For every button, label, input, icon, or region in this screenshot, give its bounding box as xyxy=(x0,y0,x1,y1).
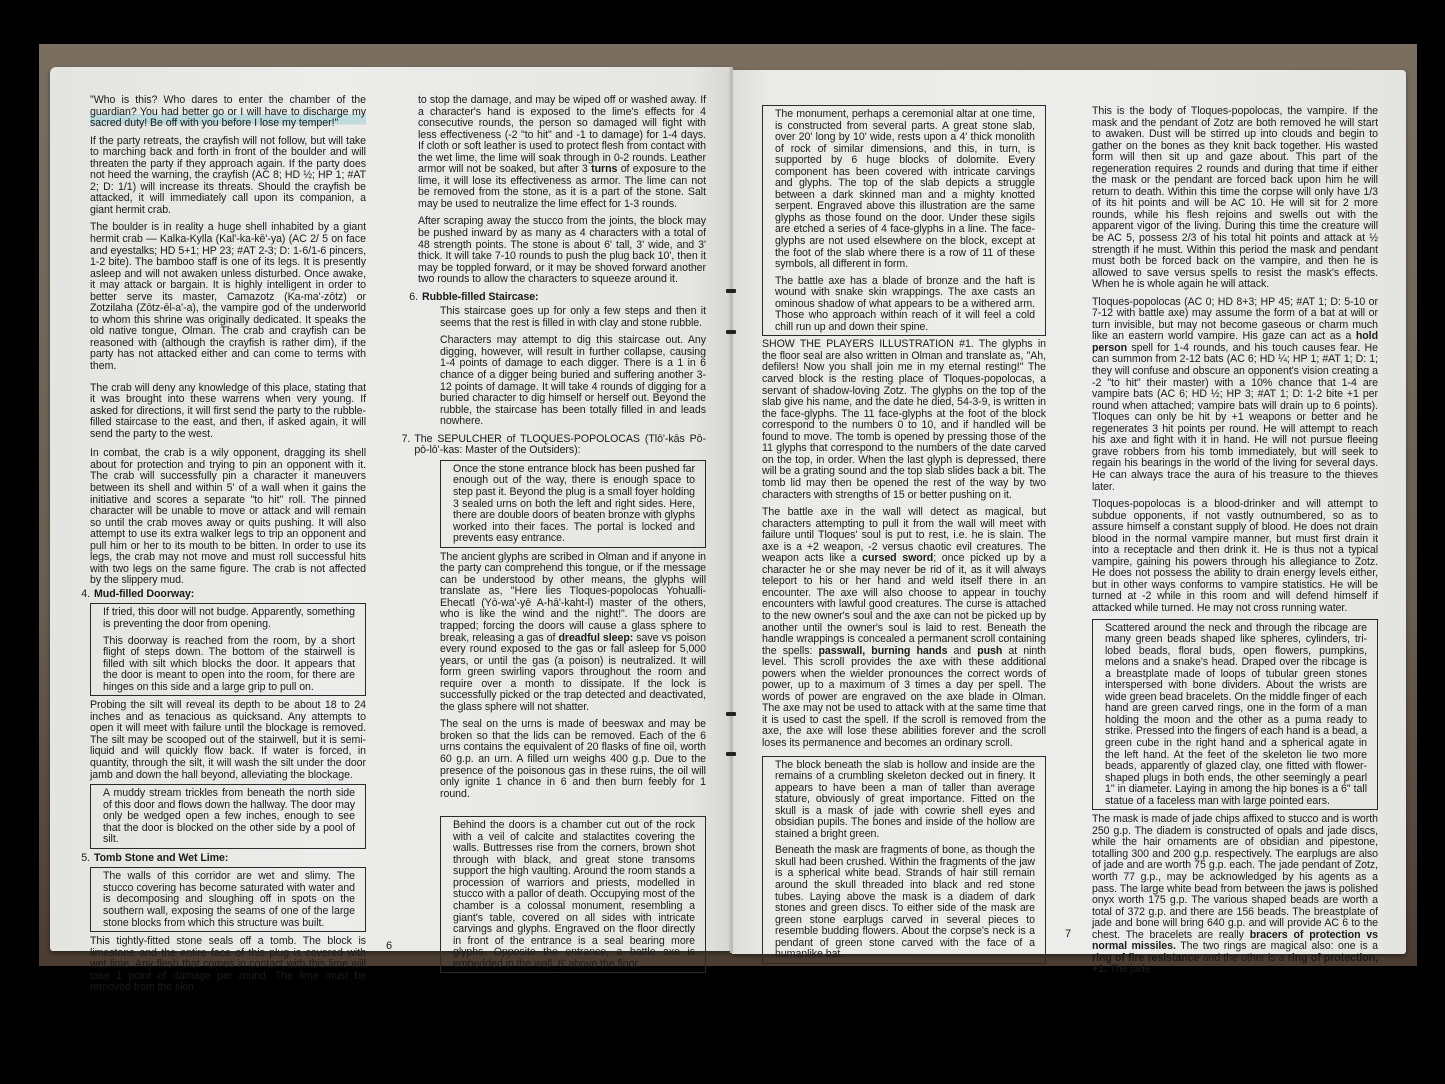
paragraph: In combat, the crab is a wily opponent, … xyxy=(90,448,366,587)
paragraph: This tightly-fitted stone seals off a to… xyxy=(90,936,366,994)
paragraph: Tloques-popolocas is a blood-drinker and… xyxy=(1092,499,1378,614)
column-2: to stop the damage, and may be wiped off… xyxy=(418,95,706,977)
paragraph: SHOW THE PLAYERS ILLUSTRATION #1. The gl… xyxy=(762,339,1046,501)
paragraph: The crab will deny any knowledge of this… xyxy=(90,383,366,441)
read-aloud-box: The walls of this corridor are wet and s… xyxy=(90,867,366,932)
read-aloud-box: The block beneath the slab is hollow and… xyxy=(762,756,1046,964)
crayfish-quote: "Who is this? Who dares to enter the cha… xyxy=(90,95,366,130)
read-aloud-box: The monument, perhaps a ceremonial altar… xyxy=(762,105,1046,336)
paragraph: Probing the silt will reveal its depth t… xyxy=(90,700,366,781)
paragraph: to stop the damage, and may be wiped off… xyxy=(418,95,706,210)
paragraph: Characters may attempt to dig this stair… xyxy=(440,335,706,427)
column-3: The monument, perhaps a ceremonial altar… xyxy=(762,105,1046,968)
read-aloud-box: If tried, this door will not budge. Appa… xyxy=(90,603,366,696)
paragraph: Tloques-popolocas (AC 0; HD 8+3; HP 45; … xyxy=(1092,297,1378,493)
staple-icon xyxy=(726,330,736,334)
read-aloud-box: Behind the doors is a chamber cut out of… xyxy=(440,816,706,973)
section-heading: 5.Tomb Stone and Wet Lime: xyxy=(90,853,366,865)
paragraph: This is the body of Tloques-popolocas, t… xyxy=(1092,106,1378,291)
section-heading: 7.The SEPULCHER of TLOQUES-POPOLOCAS (Tl… xyxy=(418,434,706,457)
page-number: 7 xyxy=(1065,928,1071,940)
paragraph: The seal on the urns is made of beeswax … xyxy=(440,719,706,800)
column-4: This is the body of Tloques-popolocas, t… xyxy=(1092,106,1378,982)
paragraph: The battle axe in the wall will detect a… xyxy=(762,507,1046,749)
read-aloud-box: A muddy stream trickles from beneath the… xyxy=(90,784,366,849)
page-number: 6 xyxy=(386,940,392,952)
column-1: "Who is this? Who dares to enter the cha… xyxy=(90,95,366,1000)
section-heading: 4.Mud-filled Doorway: xyxy=(90,589,366,601)
paragraph: The boulder is in reality a huge shell i… xyxy=(90,222,366,372)
read-aloud-box: Once the stone entrance block has been p… xyxy=(440,460,706,548)
paragraph: The mask is made of jade chips affixed t… xyxy=(1092,814,1378,976)
section-heading: 6.Rubble-filled Staircase: xyxy=(418,292,706,304)
read-aloud-box: Scattered around the neck and through th… xyxy=(1092,619,1378,811)
staple-icon xyxy=(726,712,736,716)
paragraph: This staircase goes up for only a few st… xyxy=(440,306,706,329)
paragraph: If the party retreats, the crayfish will… xyxy=(90,136,366,217)
booklet-spine xyxy=(730,67,733,953)
staple-icon xyxy=(726,289,736,293)
paragraph: The ancient glyphs are scribed in Olman … xyxy=(440,552,706,714)
staple-icon xyxy=(726,752,736,756)
paragraph: After scraping away the stucco from the … xyxy=(418,216,706,285)
